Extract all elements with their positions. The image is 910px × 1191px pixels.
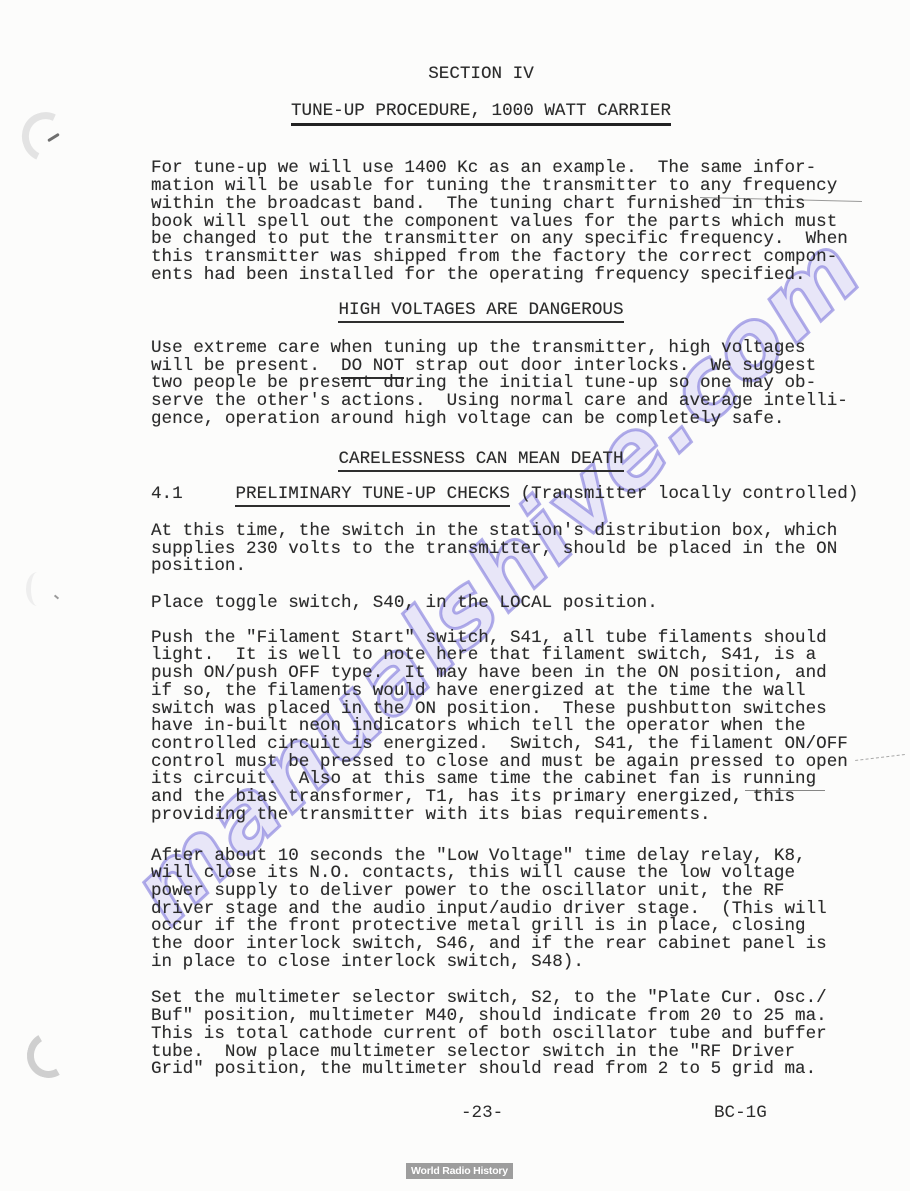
paragraph-distribution-switch: At this time, the switch in the station'…: [151, 523, 811, 576]
paragraph-warning: Use extreme care when tuning up the tran…: [151, 340, 811, 429]
pen-squiggle-after-open: [855, 754, 905, 761]
paragraph-filament-start: Push the "Filament Start" switch, S41, a…: [151, 630, 811, 825]
section-number-gap: [183, 484, 236, 504]
section-heading-suffix: (Transmitter locally controlled): [510, 484, 858, 504]
pen-fleck-middle: [54, 595, 59, 600]
binder-hole-mark-top: [15, 105, 77, 168]
scanned-manual-page: manualshive.com SECTION IV TUNE-UP PROCE…: [0, 0, 910, 1191]
heading-carelessness-text: CARELESSNESS CAN MEAN DEATH: [338, 449, 623, 472]
heading-high-voltage-text: HIGH VOLTAGES ARE DANGEROUS: [338, 300, 623, 323]
page-number: -23-: [461, 1103, 503, 1123]
paragraph-multimeter-check: Set the multimeter selector switch, S2, …: [151, 990, 811, 1079]
world-radio-history-stamp: World Radio History: [406, 1163, 513, 1179]
section-heading-preliminary-checks: PRELIMINARY TUNE-UP CHECKS: [235, 484, 510, 507]
page-content: SECTION IV TUNE-UP PROCEDURE, 1000 WATT …: [151, 66, 811, 1079]
binder-hole-mark-middle: [26, 572, 49, 606]
binder-hole-mark-bottom: [22, 1027, 76, 1083]
section-number: 4.1: [151, 484, 183, 504]
paragraph-low-voltage-relay: After about 10 seconds the "Low Voltage"…: [151, 848, 811, 972]
doc-subtitle: TUNE-UP PROCEDURE, 1000 WATT CARRIER: [151, 103, 811, 121]
doc-subtitle-text: TUNE-UP PROCEDURE, 1000 WATT CARRIER: [291, 101, 671, 126]
heading-carelessness: CARELESSNESS CAN MEAN DEATH: [151, 451, 811, 469]
paragraph-local-toggle: Place toggle switch, S40, in the LOCAL p…: [151, 595, 811, 613]
doc-code: BC-1G: [714, 1103, 767, 1123]
section-4-1-line: 4.1 PRELIMINARY TUNE-UP CHECKS (Transmit…: [151, 486, 811, 504]
paragraph-intro: For tune-up we will use 1400 Kc as an ex…: [151, 160, 811, 284]
page-title: SECTION IV: [151, 66, 811, 84]
heading-high-voltage: HIGH VOLTAGES ARE DANGEROUS: [151, 302, 811, 320]
